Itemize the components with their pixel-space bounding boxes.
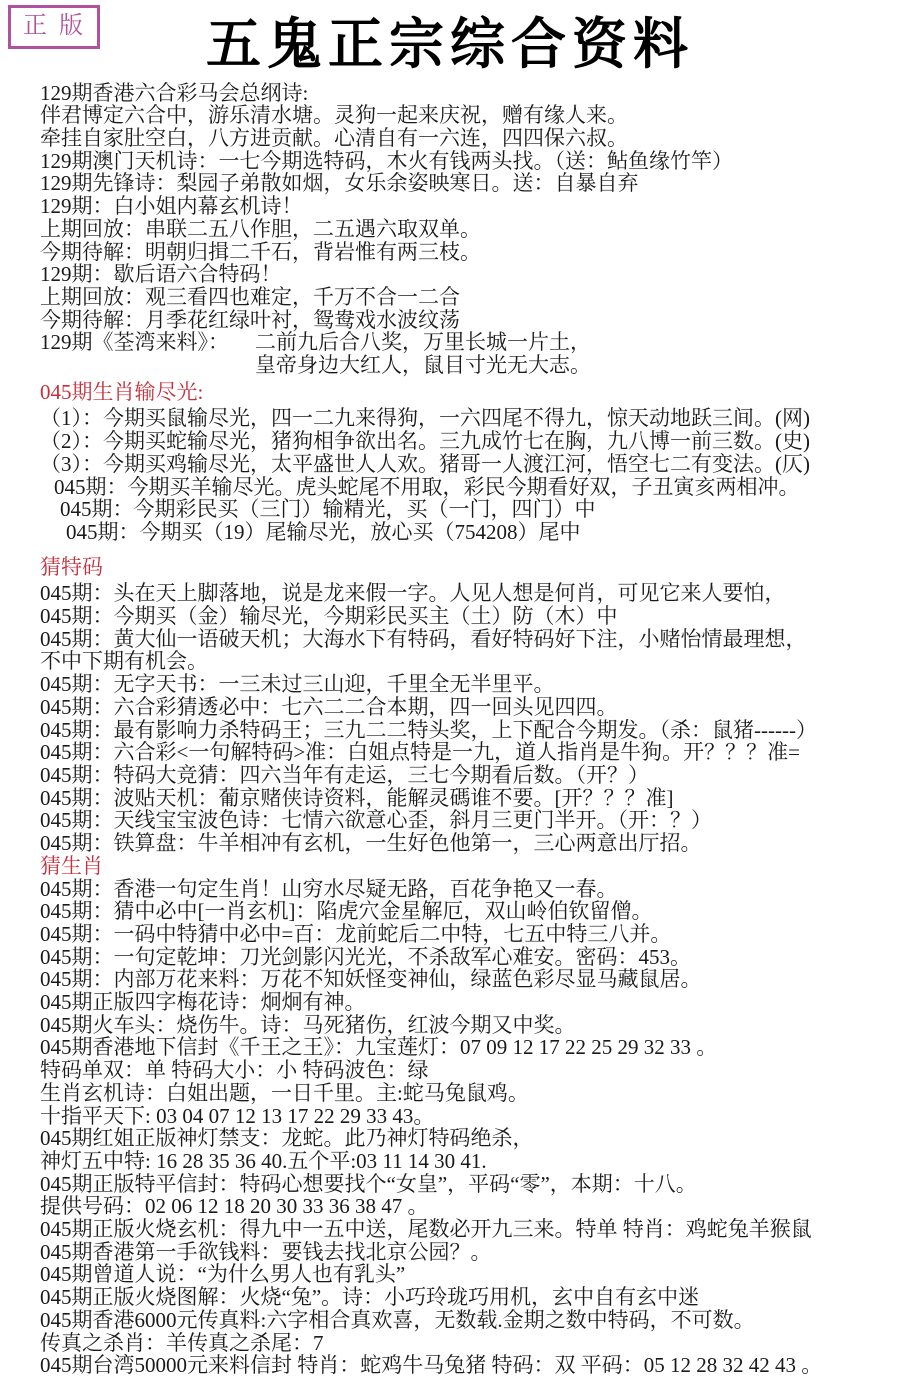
text-line: 129期：歇后语六合特码！	[40, 263, 892, 286]
text-line: 045期红姐正版神灯禁支：龙蛇。此乃神灯特码绝杀，	[40, 1127, 892, 1150]
source-verses: 二前九后合八奖，万里长城一片土，皇帝身边大红人，鼠目寸光无大志。	[255, 331, 591, 376]
text-line: 045期正版特平信封：特码心想要找个“女皇”，平码“零”，本期：十八。	[40, 1173, 892, 1196]
text-line: 045期：一句定乾坤：刀光剑影闪光光，不杀敌军心难安。密码：453。	[40, 946, 892, 969]
text-line: 045期：今期彩民买（三门）输精光，买（一门，四门）中	[40, 498, 892, 521]
text-line: 045期：六合彩<一句解特码>准：白姐点特是一九，道人指肖是牛狗。开？？？准=	[40, 741, 892, 764]
text-line: 129期：白小姐内幕玄机诗！	[40, 195, 892, 218]
text-line: 045期台湾50000元来料信封 特肖：蛇鸡牛马兔猪 特码：双 平码：05 12…	[40, 1354, 892, 1377]
verse-line: 二前九后合八奖，万里长城一片土，	[255, 331, 591, 354]
section-header: 045期生肖输尽光:	[40, 381, 892, 404]
text-line: （2）：今期买蛇输尽光，猪狗相争欲出名。三九成竹七在胸，九八博一前三数。(史)	[40, 430, 892, 453]
text-line: 提供号码：02 06 12 18 20 30 33 36 38 47 。	[40, 1195, 892, 1218]
text-line: 129期先锋诗：梨园子弟散如烟，女乐余姿映寒日。送：自暴自弃	[40, 172, 892, 195]
text-line: 牵挂自家肚空白，八方进贡献。心清自有一六连，四四保六叔。	[40, 127, 892, 150]
text-line: 129期澳门天机诗：一七今期选特码，木火有钱两头找。（送：鲇鱼缘竹竿）	[40, 150, 892, 173]
text-line: 045期：内部万花来料：万花不知妖怪变神仙，绿蓝色彩尽显马藏鼠居。	[40, 968, 892, 991]
text-line: 045期：特码大竞猜：四六当年有走运，三七今期看后数。（开？）	[40, 764, 892, 787]
text-line: 045期香港第一手欲钱料：要钱去找北京公园？。	[40, 1241, 892, 1264]
source-label: 129期《荃湾来料》：	[40, 331, 255, 354]
verse-line: 皇帝身边大红人，鼠目寸光无大志。	[255, 354, 591, 377]
text-line: 045期正版四字梅花诗：炯炯有神。	[40, 991, 892, 1014]
text-line: 045期：今期买（19）尾输尽光，放心买（754208）尾中	[40, 521, 892, 544]
text-line: 045期香港6000元传真料:六字相合真欢喜，无数载.金期之数中特码，不可数。	[40, 1309, 892, 1332]
text-line: 伴君博定六合中，游乐清水塘。灵狗一起来庆祝，赠有缘人来。	[40, 104, 892, 127]
text-line: 045期：头在天上脚落地，说是龙来假一字。人见人想是何肖，可见它来人要怕，	[40, 582, 892, 605]
text-line: 十指平天下: 03 04 07 12 13 17 22 29 33 43。	[40, 1105, 892, 1128]
text-line: 045期：黄大仙一语破天机；大海水下有特码，看好特码好下注，小赌怡情最理想，	[40, 628, 892, 651]
text-line: 045期：一码中特猜中必中=百：龙前蛇后二中特，七五中特三八并。	[40, 923, 892, 946]
text-line: 不中下期有机会。	[40, 650, 892, 673]
text-line: 特码单双：单 特码大小：小 特码波色：绿	[40, 1059, 892, 1082]
text-line: 上期回放：串联二五八作胆，二五遇六取双单。	[40, 218, 892, 241]
badge-label: 正版	[23, 13, 95, 39]
text-line: 045期：今期买（金）输尽光，今期彩民买主（土）防（木）中	[40, 605, 892, 628]
content: 129期香港六合彩马会总纲诗:伴君博定六合中，游乐清水塘。灵狗一起来庆祝，赠有缘…	[0, 82, 900, 1377]
section-header: 猜特码	[40, 556, 892, 579]
text-line: 今期待解：明朝归揖二千石，背岩惟有两三枝。	[40, 241, 892, 264]
text-line: 上期回放：观三看四也难定，千万不合一二合	[40, 286, 892, 309]
text-line: 045期正版火烧图解：火烧“兔”。诗：小巧玲珑巧用机，玄中自有玄中迷	[40, 1286, 892, 1309]
text-line: 045期：最有影响力杀特码王；三九二二特头奖，上下配合今期发。（杀：鼠猪----…	[40, 719, 892, 742]
text-line: 045期：铁算盘：牛羊相冲有玄机，一生好色他第一，三心两意出厅招。	[40, 832, 892, 855]
text-line: 传真之杀肖：羊传真之杀尾：7	[40, 1332, 892, 1355]
text-line: 045期：香港一句定生肖！山穷水尽疑无路，百花争艳又一春。	[40, 878, 892, 901]
text-line: 045期：猜中必中[一肖玄机]：陷虎穴金星解厄，双山岭伯钦留僧。	[40, 900, 892, 923]
text-line: 今期待解：月季花红绿叶衬，鸳鸯戏水波纹荡	[40, 309, 892, 332]
text-line: 045期香港地下信封《千王之王》：九宝莲灯：07 09 12 17 22 25 …	[40, 1036, 892, 1059]
text-line: 045期：波贴天机：葡京赌侠诗资料，能解灵碼谁不要。[开？？？准]	[40, 787, 892, 810]
text-line: 045期正版火烧玄机：得九中一五中送，尾数必开九三来。特单 特肖：鸡蛇兔羊猴鼠	[40, 1218, 892, 1241]
text-line: 生肖玄机诗：白姐出题，一日千里。主:蛇马兔鼠鸡。	[40, 1082, 892, 1105]
text-line: 045期火车头：烧伤牛。诗：马死猪伤，红波今期又中奖。	[40, 1014, 892, 1037]
text-line: 045期：六合彩猜透必中：七六二二合本期，四一回头见四四。	[40, 696, 892, 719]
text-line: （3）：今期买鸡输尽光，太平盛世人人欢。猪哥一人渡江河，悟空七二有变法。(仄)	[40, 453, 892, 476]
page: 正版 五鬼正宗综合资料 129期香港六合彩马会总纲诗:伴君博定六合中，游乐清水塘…	[0, 0, 900, 1383]
text-line: 129期香港六合彩马会总纲诗:	[40, 82, 892, 105]
text-line: （1）：今期买鼠输尽光，四一二九来得狗，一六四尾不得九，惊天动地跃三间。(网)	[40, 407, 892, 430]
section-header: 猜生肖	[40, 855, 892, 878]
text-line: 045期：天线宝宝波色诗：七情六欲意心歪，斜月三更门半开。（开：？）	[40, 809, 892, 832]
text-line: 045期曾道人说：“为什么男人也有乳头”	[40, 1263, 892, 1286]
text-line: 045期：今期买羊输尽光。虎头蛇尾不用取，彩民今期看好双，子丑寅亥两相冲。	[40, 476, 892, 499]
text-line: 神灯五中特: 16 28 35 36 40.五个平:03 11 14 30 41…	[40, 1150, 892, 1173]
source-line: 129期《荃湾来料》：二前九后合八奖，万里长城一片土，皇帝身边大红人，鼠目寸光无…	[40, 331, 892, 376]
authentic-badge: 正版	[8, 5, 100, 49]
text-line: 045期：无字天书：一三未过三山迎，千里全无半里平。	[40, 673, 892, 696]
page-title: 五鬼正宗综合资料	[0, 14, 900, 76]
